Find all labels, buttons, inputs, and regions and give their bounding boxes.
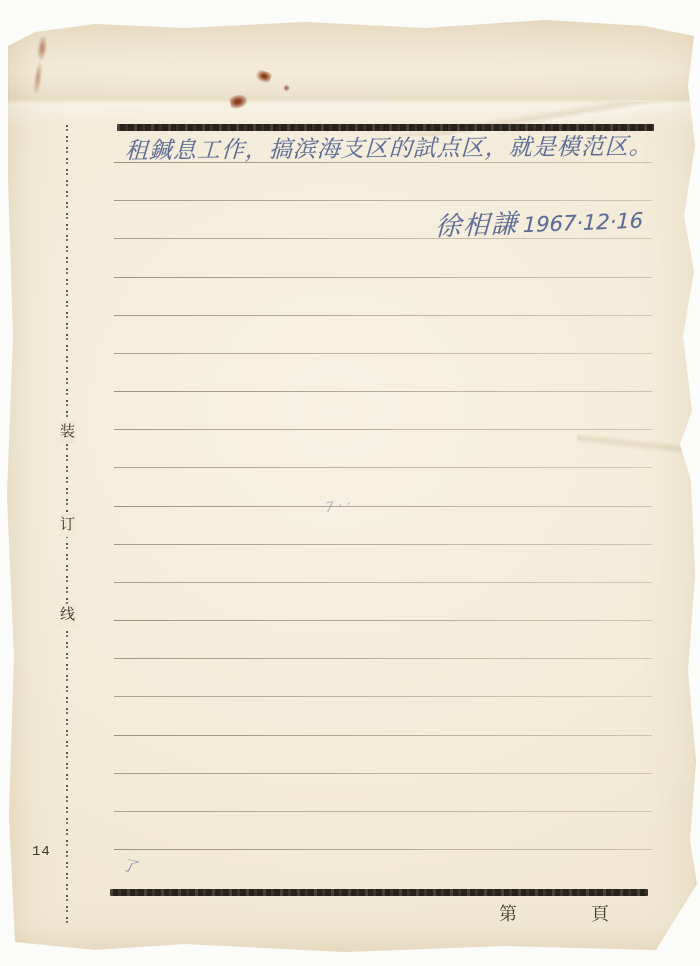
signature-name: 徐相謙 [435, 209, 520, 242]
ruled-line [114, 238, 652, 239]
ruled-lines [114, 162, 652, 854]
paper-crease-top [5, 74, 697, 126]
ruled-line [114, 353, 652, 354]
bottom-border-rule [110, 889, 648, 896]
stray-ink-mark-bottom: 了 [120, 854, 139, 878]
footer-page-label: 第頁 [499, 900, 611, 926]
footer-di-label: 第 [499, 904, 519, 924]
footer-ye-label: 頁 [591, 904, 611, 924]
ruled-line [114, 696, 652, 697]
ruled-line [114, 506, 652, 507]
ruled-line [114, 277, 652, 278]
signature-date: 1967·12·16 [523, 208, 644, 237]
ruled-line [114, 391, 652, 392]
handwritten-text-line: 租鍼息工作，搞滨海支区的試点区，就是模范区。 [124, 128, 670, 166]
ruled-line [114, 658, 652, 659]
ruled-line [114, 315, 652, 316]
ruled-line [114, 849, 652, 850]
ruled-line [114, 735, 652, 736]
binding-char-xian: 线 [59, 604, 76, 627]
ruled-line [114, 544, 652, 545]
binding-line: 装 订 线 [66, 125, 69, 925]
ruled-line [114, 582, 652, 583]
stain-streak [30, 35, 49, 96]
paper-sheet: 装 订 线 租鍼息工作，搞滨海支区的試点区，就是模范区。 徐相謙1967·12·… [5, 16, 697, 956]
ruled-line [114, 467, 652, 468]
stain-spot [255, 69, 273, 84]
ruled-line [114, 429, 652, 430]
ruled-line [114, 811, 652, 812]
page-number: 14 [32, 844, 51, 860]
binding-char-zhuang: 装 [59, 421, 76, 444]
stain-spot [283, 85, 290, 91]
ruled-line [114, 773, 652, 774]
binding-char-ding: 订 [59, 514, 76, 537]
ruled-line [114, 620, 652, 621]
stain-spot [229, 93, 249, 110]
scanned-document: 装 订 线 租鍼息工作，搞滨海支区的試点区，就是模范区。 徐相謙1967·12·… [0, 0, 700, 966]
